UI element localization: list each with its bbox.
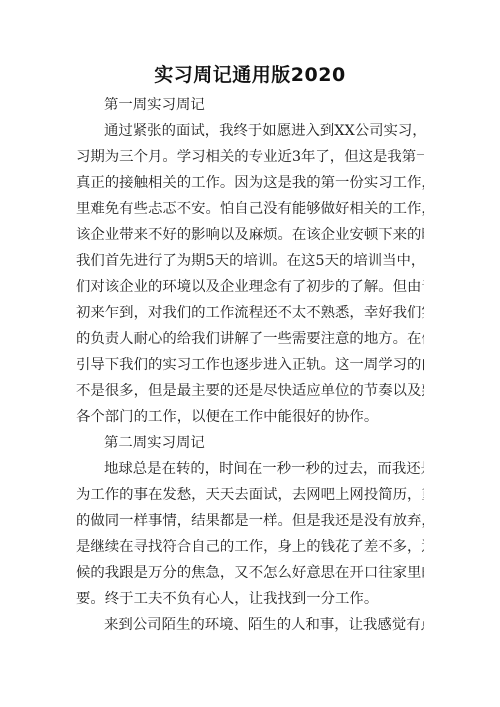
document-title: 实习周记通用版2020 bbox=[0, 60, 500, 87]
section-heading-week-1: 第一周实习周记 bbox=[76, 92, 424, 118]
paragraph-line: 的负责人耐心的给我们讲解了一些需要注意的地方。在他的 bbox=[76, 326, 424, 352]
paragraph-line: 里难免有些忐忑不安。怕自己没有能够做好相关的工作，给 bbox=[76, 196, 424, 222]
paragraph-line: 不是很多，但是最主要的还是尽快适应单位的节奏以及熟悉 bbox=[76, 378, 424, 404]
paragraph-line: 要。终于工夫不负有心人，让我找到一分工作。 bbox=[76, 586, 424, 612]
paragraph-line: 们对该企业的环境以及企业理念有了初步的了解。但由于我 bbox=[76, 274, 424, 300]
paragraph-line: 的做同一样事情，结果都是一样。但是我还是没有放弃，而 bbox=[76, 508, 424, 534]
paragraph-line: 为工作的事在发愁，天天去面试，去网吧上网投简历，重复 bbox=[76, 482, 424, 508]
paragraph-line: 该企业带来不好的影响以及麻烦。在该企业安顿下来的时候， bbox=[76, 222, 424, 248]
paragraph-line: 习期为三个月。学习相关的专业近3年了，但这是我第一次 bbox=[76, 144, 424, 170]
paragraph-line: 来到公司陌生的环境、陌生的人和事，让我感觉有点拘 bbox=[76, 612, 424, 638]
document-body: 第一周实习周记 通过紧张的面试，我终于如愿进入到XX公司实习，实 习期为三个月。… bbox=[76, 92, 424, 638]
paragraph-line: 是继续在寻找符合自己的工作，身上的钱花了差不多，这时 bbox=[76, 534, 424, 560]
section-heading-week-2: 第二周实习周记 bbox=[76, 430, 424, 456]
paragraph-line: 各个部门的工作，以便在工作中能很好的协作。 bbox=[76, 404, 424, 430]
paragraph-line: 引导下我们的实习工作也逐步进入正轨。这一周学习的内容 bbox=[76, 352, 424, 378]
paragraph-line: 我们首先进行了为期5天的培训。在这5天的培训当中，我 bbox=[76, 248, 424, 274]
paragraph-line: 地球总是在转的，时间在一秒一秒的过去，而我还是在 bbox=[76, 456, 424, 482]
paragraph-line: 通过紧张的面试，我终于如愿进入到XX公司实习，实 bbox=[76, 118, 424, 144]
paragraph-line: 初来乍到，对我们的工作流程还不太不熟悉，幸好我们实习 bbox=[76, 300, 424, 326]
paragraph-line: 候的我跟是万分的焦急，又不怎么好意思在开口往家里的人 bbox=[76, 560, 424, 586]
paragraph-line: 真正的接触相关的工作。因为这是我的第一份实习工作，心 bbox=[76, 170, 424, 196]
